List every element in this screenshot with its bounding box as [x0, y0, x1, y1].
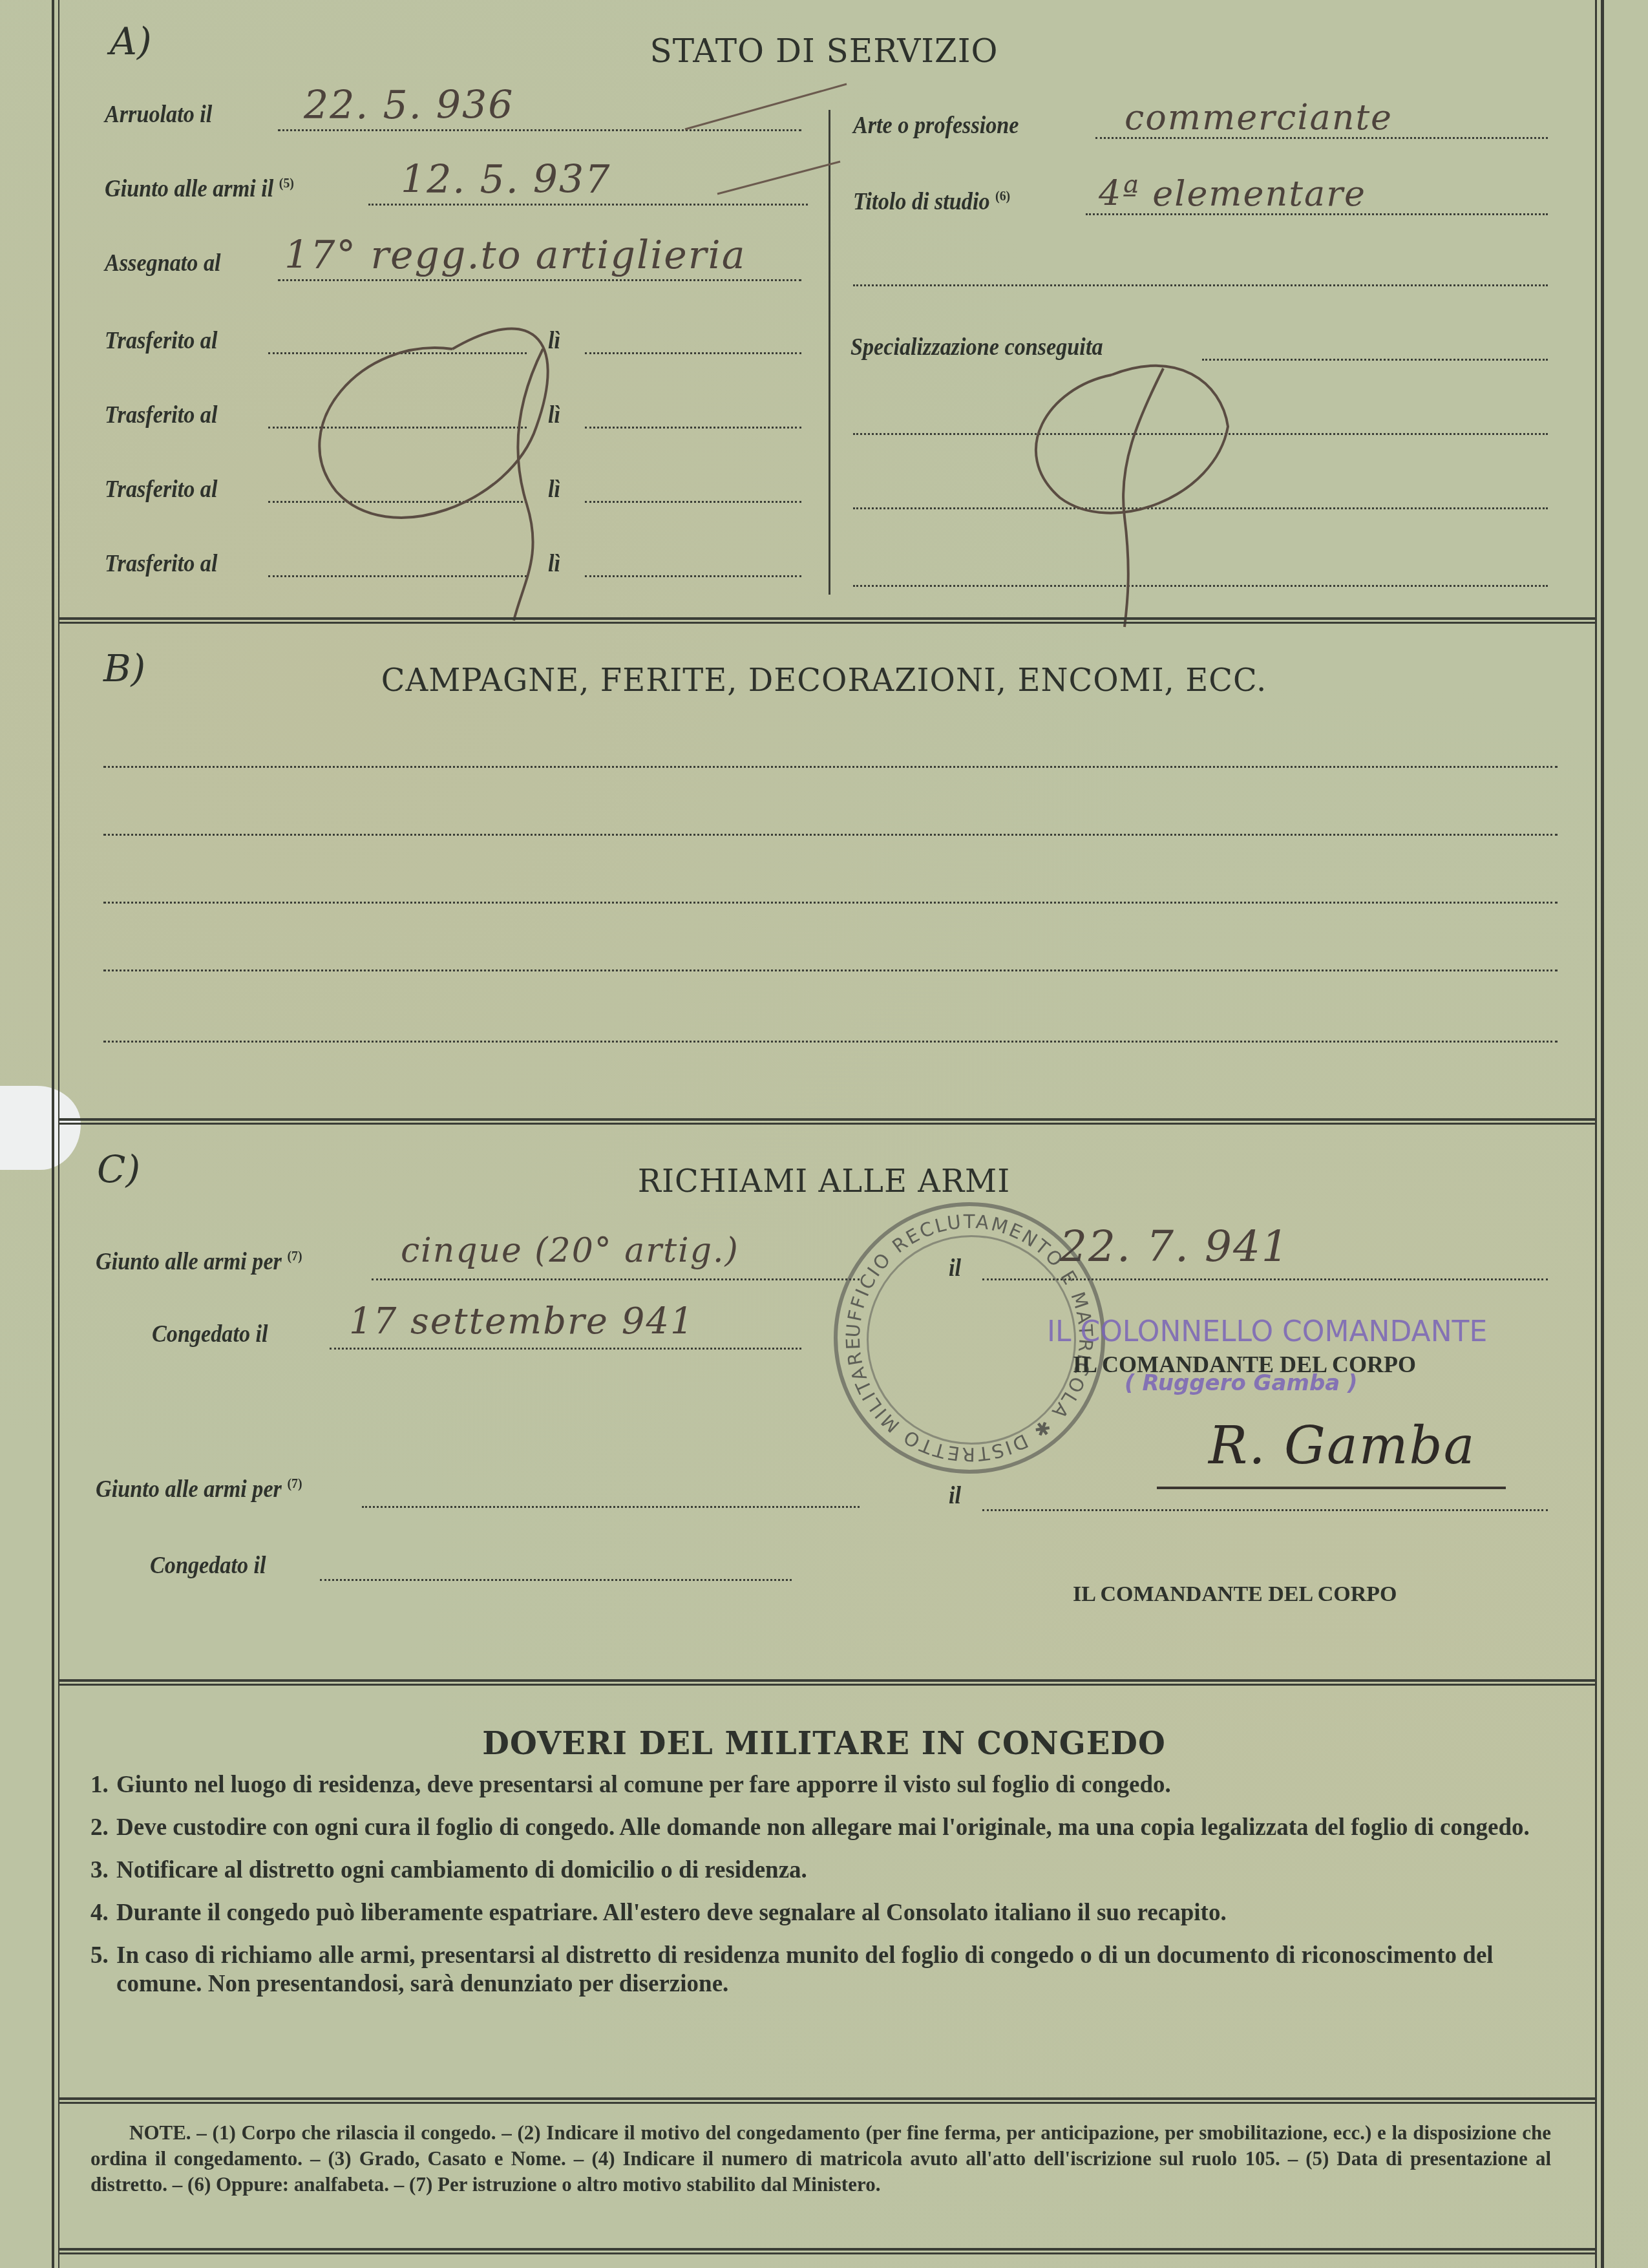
bottom-border [59, 2248, 1595, 2254]
richiamo-1-congedato-line [330, 1348, 801, 1350]
footnote-ref: (7) [287, 1475, 302, 1491]
duty-text: Notificare al distretto ogni cambiamento… [116, 1857, 807, 1883]
duty-number: 2. [90, 1814, 109, 1842]
note-text: – (1) Corpo che rilascia il congedo. – (… [90, 2121, 1551, 2196]
section-divider-duties-note [59, 2097, 1595, 2104]
commander-signature: R. Gamba [1209, 1415, 1475, 1476]
cancellation-mark-icon [0, 0, 1648, 646]
signature-line [1157, 1487, 1506, 1489]
duty-text: Deve custodire con ogni cura il foglio d… [116, 1814, 1530, 1841]
richiamo-1-congedato-value[interactable]: 17 settembre 941 [349, 1300, 695, 1342]
section-b-line-3[interactable] [103, 902, 1558, 904]
richiamo-1-giunto-value[interactable]: cinque (20° artig.) [401, 1231, 739, 1270]
duties-list: 1.Giunto nel luogo di residenza, deve pr… [90, 1771, 1551, 2013]
richiamo-2-signature-label: IL COMANDANTE DEL CORPO [1073, 1582, 1397, 1607]
duty-item: 1.Giunto nel luogo di residenza, deve pr… [90, 1771, 1551, 1799]
duty-item: 4.Durante il congedo può liberamente esp… [90, 1899, 1551, 1927]
section-b-line-1[interactable] [103, 766, 1558, 768]
section-c-title: RICHIAMI ALLE ARMI [0, 1163, 1648, 1200]
section-divider-c-duties [59, 1679, 1595, 1686]
duty-text: In caso di richiamo alle armi, presentar… [116, 1942, 1494, 1997]
richiamo-2-congedato-line[interactable] [320, 1579, 792, 1581]
richiamo-2-giunto-label-text: Giunto alle armi per [96, 1476, 282, 1503]
richiamo-2-il-line[interactable] [982, 1509, 1548, 1511]
richiamo-1-congedato-label: Congedato il [152, 1320, 268, 1348]
duty-number: 1. [90, 1771, 109, 1799]
section-divider-a-b [59, 617, 1595, 624]
stamp-commander-name: ( Ruggero Gamba ) [1125, 1370, 1358, 1396]
richiamo-2-il-label: il [949, 1481, 961, 1510]
duty-item: 2.Deve custodire con ogni cura il foglio… [90, 1814, 1551, 1842]
section-b-line-2[interactable] [103, 834, 1558, 836]
duty-number: 3. [90, 1856, 109, 1885]
richiamo-1-giunto-label-text: Giunto alle armi per [96, 1248, 282, 1275]
stamp-colonnello-comandante: IL COLONNELLO COMANDANTE [1047, 1315, 1487, 1348]
richiamo-2-giunto-line[interactable] [362, 1506, 860, 1508]
note-label: NOTE. [129, 2121, 191, 2144]
richiamo-1-giunto-line [372, 1278, 860, 1280]
footnotes: NOTE. – (1) Corpo che rilascia il conged… [90, 2120, 1551, 2198]
section-b-title: CAMPAGNE, FERITE, DECORAZIONI, ENCOMI, E… [0, 662, 1648, 699]
richiamo-2-congedato-label: Congedato il [150, 1551, 266, 1580]
section-b-line-4[interactable] [103, 970, 1558, 971]
duty-number: 5. [90, 1942, 109, 1970]
richiamo-1-giunto-label: Giunto alle armi per (7) [96, 1247, 302, 1276]
duties-title: DOVERI DEL MILITARE IN CONGEDO [0, 1726, 1648, 1762]
duty-item: 5.In caso di richiamo alle armi, present… [90, 1942, 1551, 1998]
duty-text: Giunto nel luogo di residenza, deve pres… [116, 1772, 1171, 1798]
duty-number: 4. [90, 1899, 109, 1927]
duty-item: 3.Notificare al distretto ogni cambiamen… [90, 1856, 1551, 1885]
section-divider-b-c [59, 1118, 1595, 1125]
richiamo-2-giunto-label: Giunto alle armi per (7) [96, 1475, 302, 1503]
duty-text: Durante il congedo può liberamente espat… [116, 1900, 1227, 1926]
footnote-ref: (7) [287, 1247, 302, 1264]
section-b-line-5[interactable] [103, 1041, 1558, 1043]
